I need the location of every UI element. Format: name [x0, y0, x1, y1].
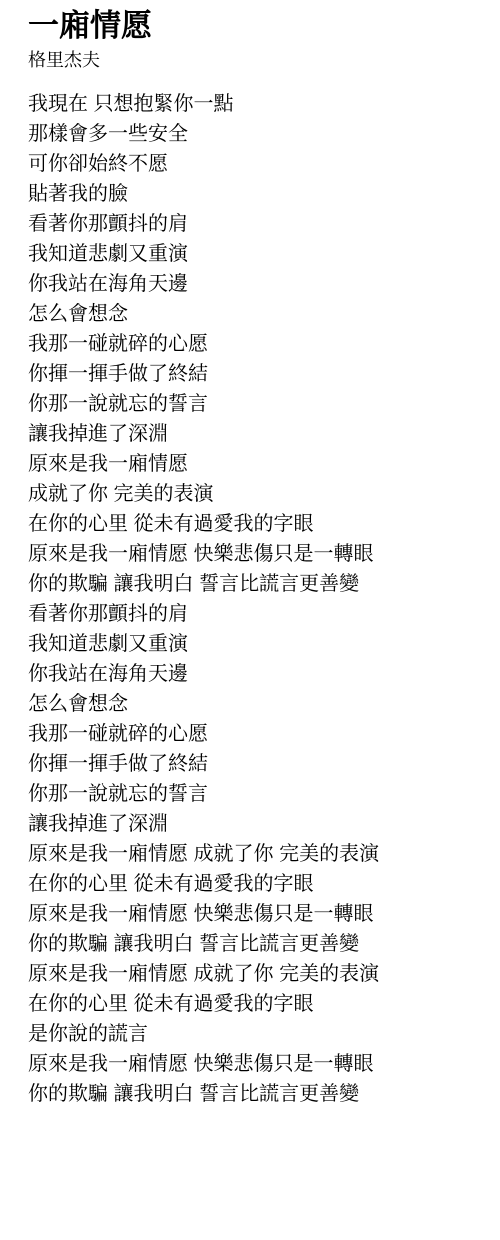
lyric-line: 你那一說就忘的誓言: [28, 389, 480, 419]
lyric-line: 看著你那顫抖的肩: [28, 209, 480, 239]
lyric-line: 是你說的謊言: [28, 1019, 480, 1049]
lyric-line: 你那一說就忘的誓言: [28, 779, 480, 809]
lyric-line: 看著你那顫抖的肩: [28, 599, 480, 629]
lyric-line: 在你的心里 從未有過愛我的字眼: [28, 509, 480, 539]
lyric-line: 你我站在海角天邊: [28, 659, 480, 689]
lyric-line: 你揮一揮手做了終結: [28, 359, 480, 389]
lyrics-body: 我現在 只想抱緊你一點那樣會多一些安全可你卻始終不愿貼著我的臉看著你那顫抖的肩我…: [28, 89, 480, 1109]
lyric-line: 我現在 只想抱緊你一點: [28, 89, 480, 119]
lyric-line: 怎么會想念: [28, 689, 480, 719]
lyric-line: 怎么會想念: [28, 299, 480, 329]
lyric-line: 在你的心里 從未有過愛我的字眼: [28, 869, 480, 899]
lyric-line: 在你的心里 從未有過愛我的字眼: [28, 989, 480, 1019]
lyric-line: 你的欺騙 讓我明白 誓言比謊言更善變: [28, 569, 480, 599]
lyric-line: 貼著我的臉: [28, 179, 480, 209]
lyric-line: 我知道悲劇又重演: [28, 239, 480, 269]
lyric-line: 讓我掉進了深淵: [28, 419, 480, 449]
lyrics-page: 一廂情愿 格里杰夫 我現在 只想抱緊你一點那樣會多一些安全可你卻始終不愿貼著我的…: [0, 0, 500, 1109]
lyric-line: 成就了你 完美的表演: [28, 479, 480, 509]
lyric-line: 原來是我一廂情愿 快樂悲傷只是一轉眼: [28, 1049, 480, 1079]
lyric-line: 你的欺騙 讓我明白 誓言比謊言更善變: [28, 1079, 480, 1109]
song-title: 一廂情愿: [28, 7, 480, 45]
lyric-line: 我那一碰就碎的心愿: [28, 329, 480, 359]
lyric-line: 你我站在海角天邊: [28, 269, 480, 299]
lyric-line: 可你卻始終不愿: [28, 149, 480, 179]
lyric-line: 你揮一揮手做了終結: [28, 749, 480, 779]
lyric-line: 原來是我一廂情愿 成就了你 完美的表演: [28, 839, 480, 869]
artist-name: 格里杰夫: [28, 49, 480, 71]
lyric-line: 那樣會多一些安全: [28, 119, 480, 149]
lyric-line: 讓我掉進了深淵: [28, 809, 480, 839]
lyric-line: 我知道悲劇又重演: [28, 629, 480, 659]
lyric-line: 原來是我一廂情愿 快樂悲傷只是一轉眼: [28, 539, 480, 569]
lyric-line: 原來是我一廂情愿: [28, 449, 480, 479]
lyric-line: 我那一碰就碎的心愿: [28, 719, 480, 749]
lyric-line: 原來是我一廂情愿 成就了你 完美的表演: [28, 959, 480, 989]
lyric-line: 原來是我一廂情愿 快樂悲傷只是一轉眼: [28, 899, 480, 929]
lyric-line: 你的欺騙 讓我明白 誓言比謊言更善變: [28, 929, 480, 959]
